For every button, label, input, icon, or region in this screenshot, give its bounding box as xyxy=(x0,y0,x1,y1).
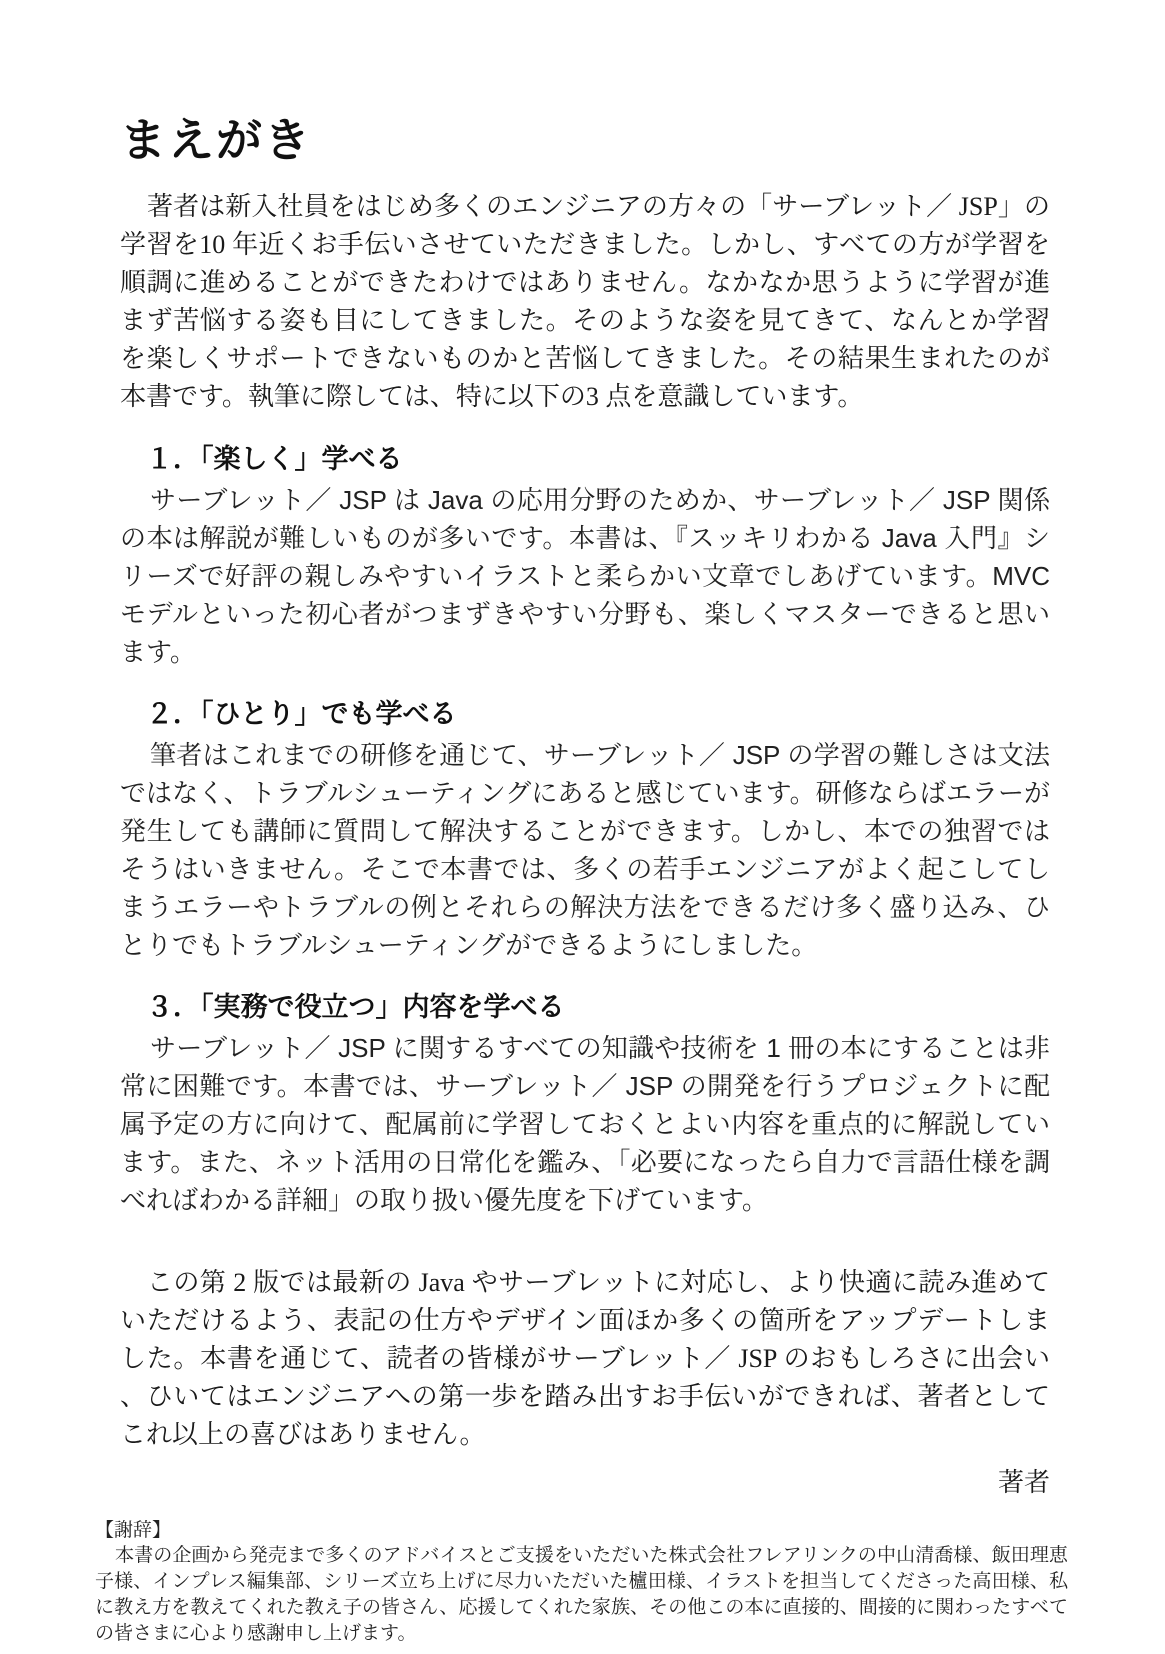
closing-paragraph: この第 2 版では最新の Java やサーブレットに対応し、より快適に読み進めて… xyxy=(120,1264,1050,1454)
section-2-heading: ２．「ひとり」でも学べる xyxy=(120,698,1050,730)
intro-paragraph: 著者は新入社員をはじめ多くのエンジニアの方々の「サーブレット／ JSP」の学習を… xyxy=(120,188,1050,416)
section-3-heading: ３．「実務で役立つ」内容を学べる xyxy=(120,991,1050,1023)
acknowledgement-label: 【謝辞】 xyxy=(95,1518,1068,1543)
page-title: まえがき xyxy=(120,104,1050,170)
section-2: ２．「ひとり」でも学べる 筆者はこれまでの研修を通じて、サーブレット／ JSP … xyxy=(120,698,1050,964)
section-3: ３．「実務で役立つ」内容を学べる サーブレット／ JSP に関するすべての知識や… xyxy=(120,991,1050,1219)
section-1-body: サーブレット／ JSP は Java の応用分野のためか、サーブレット／ JSP… xyxy=(120,481,1050,671)
acknowledgement-block: 【謝辞】 本書の企画から発売まで多くのアドバイスとご支援をいただいた株式会社フレ… xyxy=(95,1518,1068,1647)
page-content: まえがき 著者は新入社員をはじめ多くのエンジニアの方々の「サーブレット／ JSP… xyxy=(120,104,1050,1647)
section-1: １．「楽しく」学べる サーブレット／ JSP は Java の応用分野のためか、… xyxy=(120,443,1050,671)
section-2-body: 筆者はこれまでの研修を通じて、サーブレット／ JSP の学習の難しさは文法ではな… xyxy=(120,736,1050,964)
section-1-heading: １．「楽しく」学べる xyxy=(120,443,1050,475)
acknowledgement-paragraph: 本書の企画から発売まで多くのアドバイスとご支援をいただいた株式会社フレアリンクの… xyxy=(95,1543,1068,1647)
section-3-body: サーブレット／ JSP に関するすべての知識や技術を 1 冊の本にすることは非常… xyxy=(120,1029,1050,1219)
author-signature: 著者 xyxy=(120,1464,1050,1502)
book-preface-page: まえがき 著者は新入社員をはじめ多くのエンジニアの方々の「サーブレット／ JSP… xyxy=(0,0,1165,1654)
